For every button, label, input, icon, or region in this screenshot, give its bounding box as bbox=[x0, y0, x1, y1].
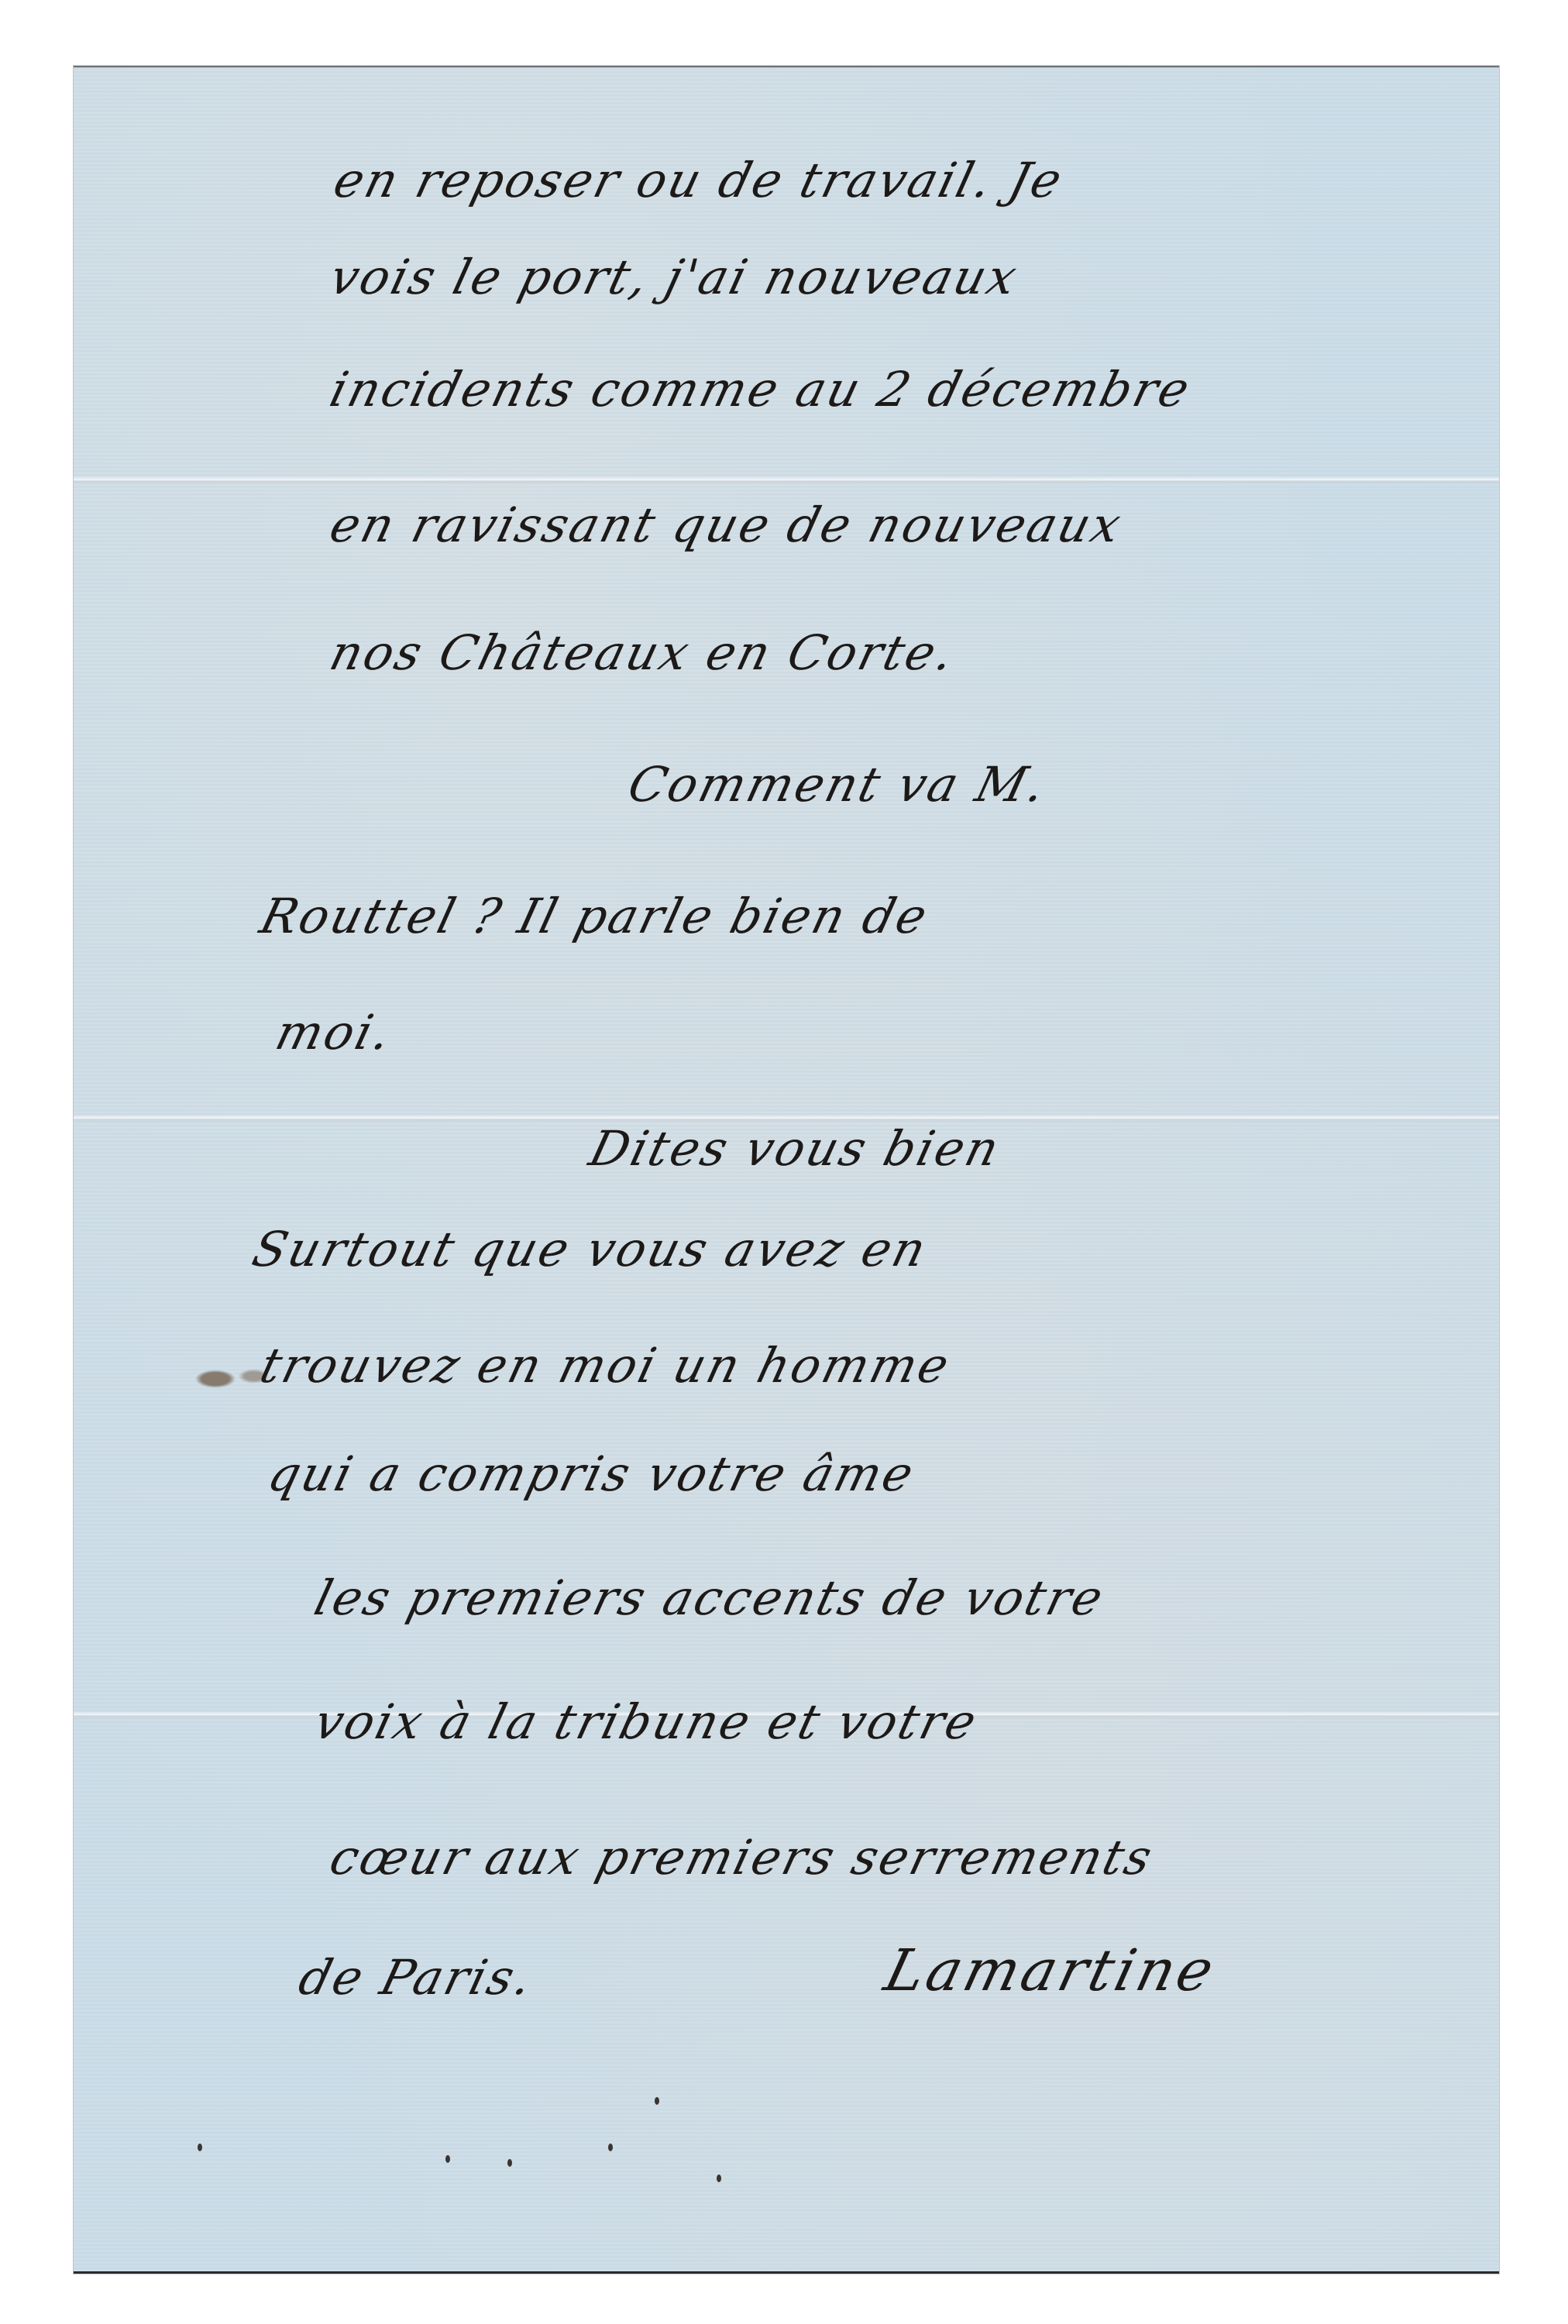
letter-line: trouvez en moi un homme bbox=[256, 1342, 955, 1390]
letter-line: voix à la tribune et votre bbox=[310, 1698, 983, 1746]
letter-line: Surtout que vous avez en bbox=[248, 1226, 933, 1274]
letter-line: qui a compris votre âme bbox=[263, 1450, 920, 1498]
letter-line: Dites vous bien bbox=[585, 1125, 1006, 1173]
letter-line: vois le port, j'ai nouveaux bbox=[325, 253, 1023, 301]
letter-line: Routtel ? Il parle bien de bbox=[256, 892, 934, 940]
ink-speck bbox=[507, 2159, 512, 2167]
letter-line: incidents comme au 2 décembre bbox=[325, 366, 1196, 414]
ink-speck bbox=[445, 2155, 450, 2163]
ink-speck bbox=[717, 2174, 721, 2182]
ink-speck bbox=[608, 2144, 613, 2151]
letter-line: les premiers accents de votre bbox=[310, 1574, 1109, 1622]
letter-line: cœur aux premiers serrements bbox=[325, 1834, 1158, 1882]
letter-paper: en reposer ou de travail. Je vois le por… bbox=[74, 66, 1499, 2274]
fold-crease bbox=[74, 476, 1499, 484]
letter-line: moi. bbox=[271, 1009, 397, 1057]
signature: Lamartine bbox=[879, 1942, 1222, 1999]
letter-line: en ravissant que de nouveaux bbox=[325, 501, 1127, 549]
letter-line: Comment va M. bbox=[624, 761, 1052, 809]
letter-line: de Paris. bbox=[294, 1954, 538, 2002]
letter-line: nos Châteaux en Corte. bbox=[325, 629, 961, 677]
ink-speck bbox=[198, 2144, 202, 2151]
ink-speck bbox=[655, 2097, 659, 2105]
letter-line: en reposer ou de travail. Je bbox=[329, 156, 1068, 205]
